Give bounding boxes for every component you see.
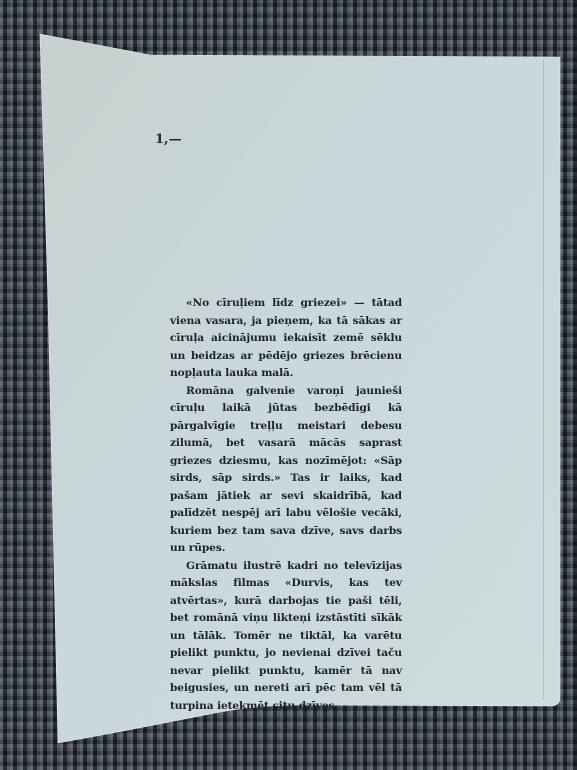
paragraph: «No cīruļiem līdz griezei» — tātad viena…: [170, 295, 402, 383]
paragraph: Romāna galvenie varoņi jaunieši cīruļu l…: [170, 383, 402, 558]
annotation-text: «No cīruļiem līdz griezei» — tātad viena…: [170, 295, 402, 715]
book-page: 1,— «No cīruļiem līdz griezei» — tātad v…: [0, 0, 577, 770]
page-fold-line: [543, 60, 544, 700]
paragraph: Grāmatu ilustrē kadri no televīzijas māk…: [170, 558, 402, 716]
page-marker: 1,—: [155, 132, 182, 147]
